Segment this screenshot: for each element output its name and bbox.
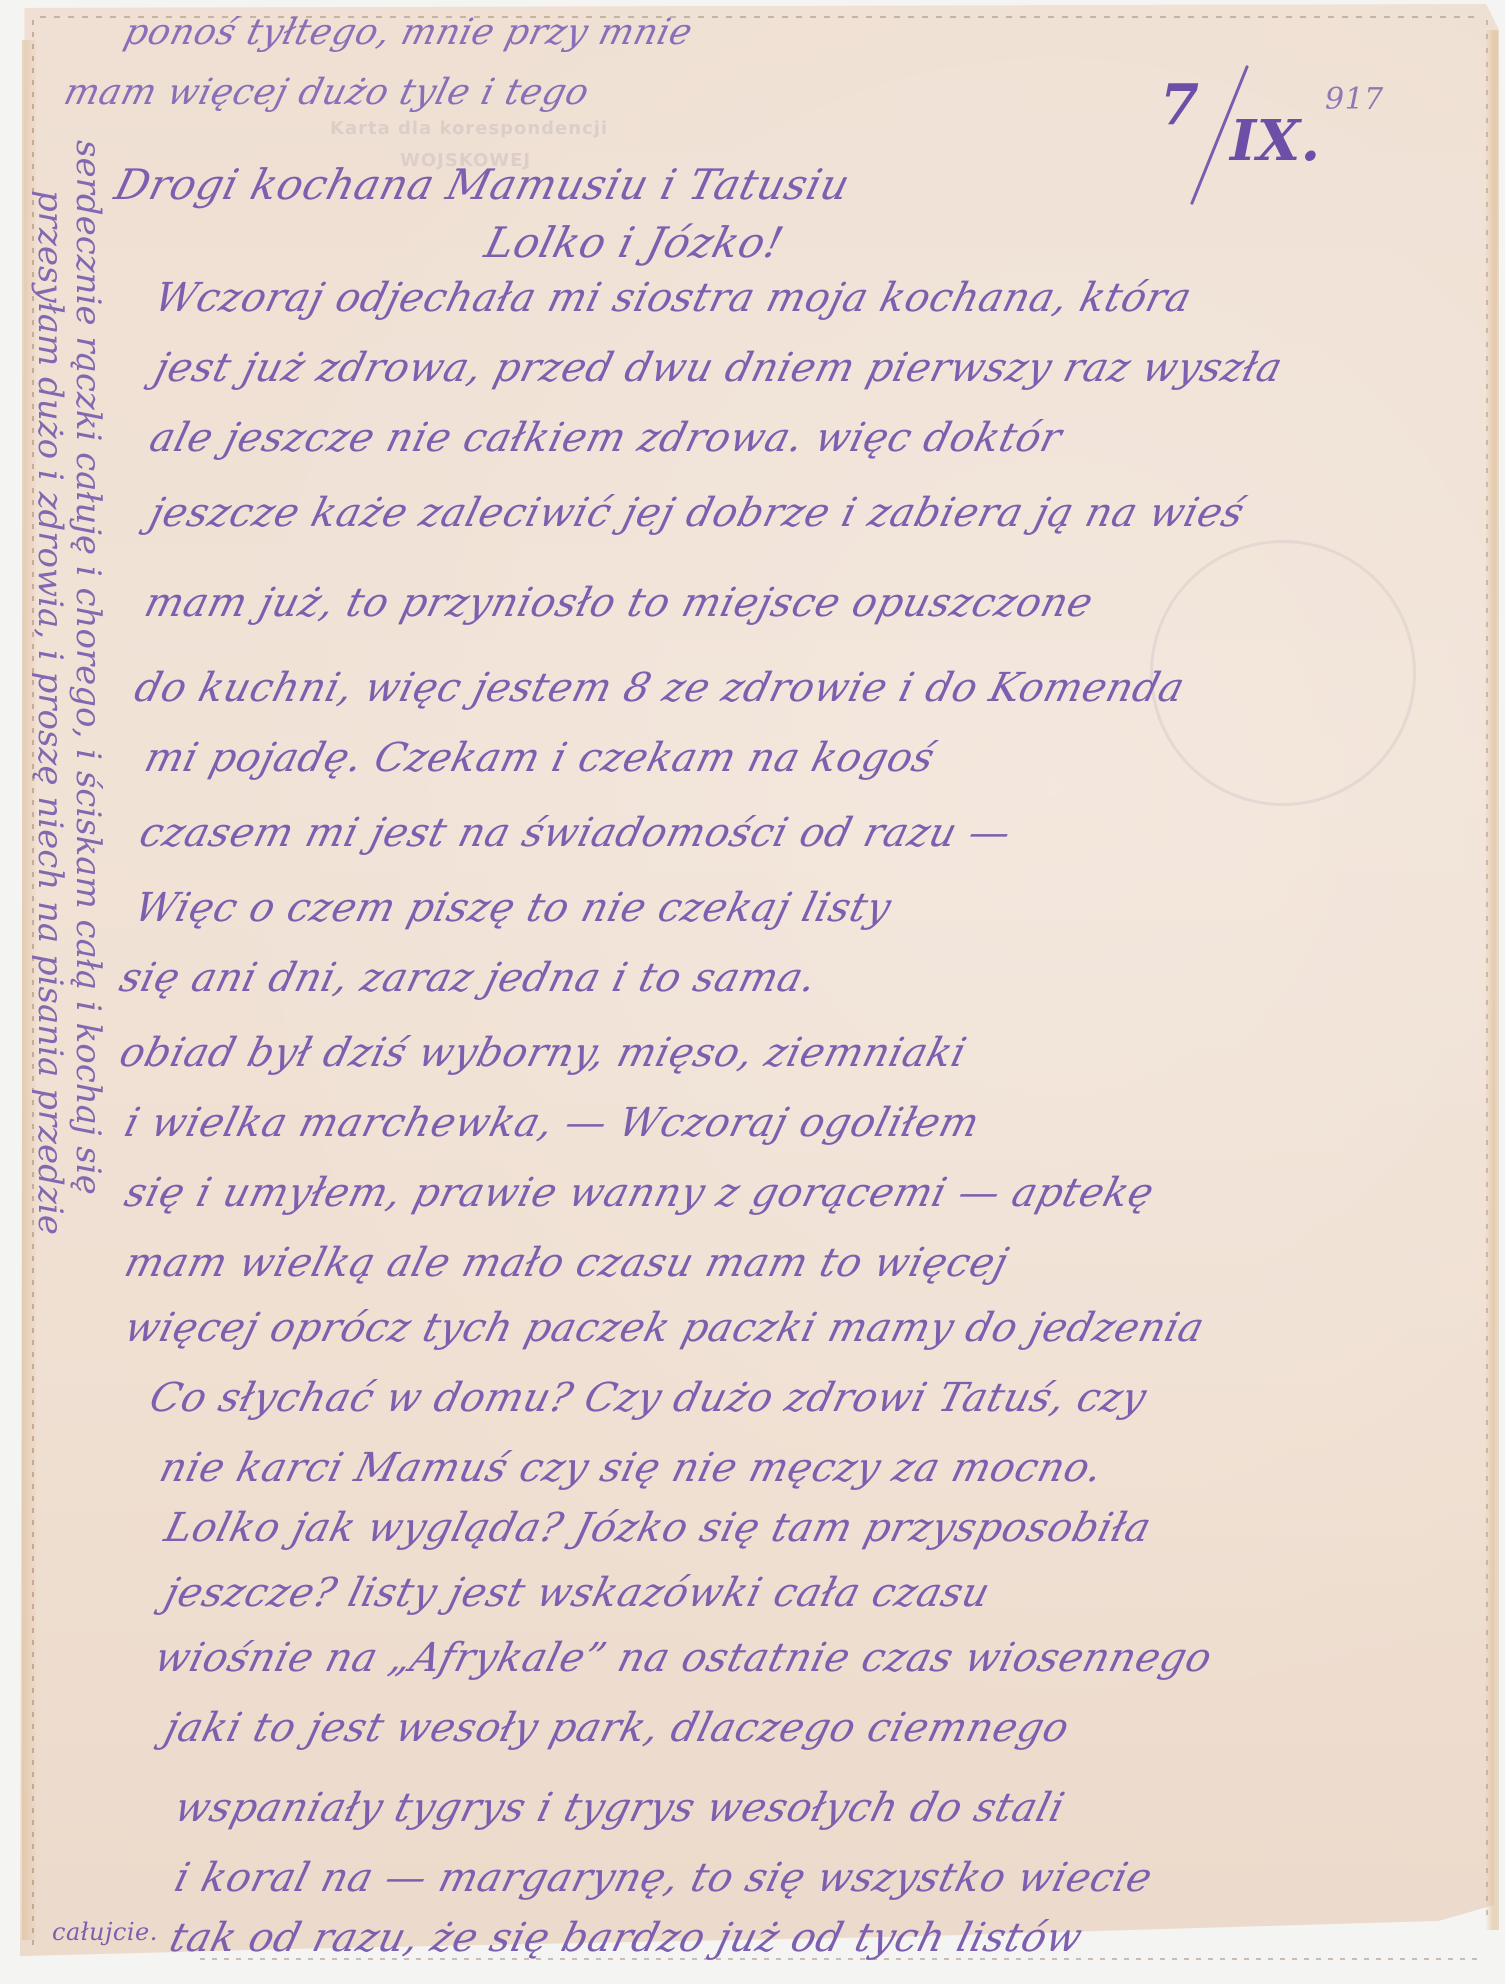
perforation-right [1486, 20, 1488, 1920]
body-line: się i umyłem, prawie wanny z gorącemi — … [120, 1170, 1159, 1216]
margin-note-ending: całujcie. [52, 1918, 158, 1946]
body-line: jaki to jest wesoły park, dlaczego ciemn… [160, 1705, 1074, 1751]
body-line: Wczoraj odjechała mi siostra moja kochan… [150, 275, 1196, 321]
body-line: więcej oprócz tych paczek paczki mamy do… [120, 1305, 1209, 1351]
body-line: mam już, to przyniosło to miejsce opuszc… [140, 580, 1098, 626]
header-line-1: ponoś tyłtego, mnie przy mnie [120, 12, 697, 53]
faint-postmark-stamp [1150, 540, 1416, 806]
margin-note-line-2: przesyłam dużo i zdrowia, i proszę niech… [30, 190, 70, 1235]
header-line-2: mam więcej dużo tyle i tego [60, 72, 593, 113]
body-line: wspaniały tygrys i tygrys wesołych do st… [170, 1785, 1069, 1831]
faint-printed-title: Karta dla korespondencji [330, 118, 608, 139]
body-line: ale jeszcze nie całkiem zdrowa. więc dok… [145, 415, 1066, 461]
margin-note-line-1: serdecznie rączki całuję i chorego, i śc… [68, 140, 108, 1195]
date-year: 917 [1325, 82, 1384, 117]
greeting-line-1: Drogi kochana Mamusiu i Tatusiu [110, 160, 855, 209]
body-line: nie karci Mamuś czy się nie męczy za moc… [155, 1445, 1108, 1491]
body-line: wiośnie na „Afrykale” na ostatnie czas w… [150, 1635, 1217, 1681]
body-line: Lolko jak wygląda? Józko się tam przyspo… [160, 1505, 1156, 1551]
date-month: IX. [1230, 108, 1321, 174]
greeting-line-2: Lolko i Józko! [480, 218, 789, 267]
body-line: Więc o czem piszę to nie czekaj listy [130, 885, 896, 931]
date-day: 7 [1160, 72, 1199, 138]
body-line: się ani dni, zaraz jedna i to sama. [115, 955, 821, 1001]
body-line: tak od razu, że się bardzo już od tych l… [165, 1915, 1087, 1961]
body-line: mi pojadę. Czekam i czekam na kogoś [140, 735, 939, 781]
body-line: do kuchni, więc jestem 8 ze zdrowie i do… [130, 665, 1189, 711]
body-line: Co słychać w domu? Czy dużo zdrowi Tatuś… [145, 1375, 1151, 1421]
body-line: czasem mi jest na świadomości od razu — [135, 810, 1016, 856]
body-line: jeszcze każe zaleciwić jej dobrze i zabi… [145, 490, 1249, 536]
body-line: jest już zdrowa, przed dwu dniem pierwsz… [150, 345, 1287, 391]
body-line: mam wielką ale mało czasu mam to więcej [120, 1240, 1013, 1286]
body-line: i wielka marchewka, — Wczoraj ogoliłem [120, 1100, 984, 1146]
body-line: obiad był dziś wyborny, mięso, ziemniaki [115, 1030, 971, 1076]
body-line: i koral na — margarynę, to się wszystko … [170, 1855, 1157, 1901]
body-line: jeszcze? listy jest wskazówki cała czasu [160, 1570, 995, 1616]
